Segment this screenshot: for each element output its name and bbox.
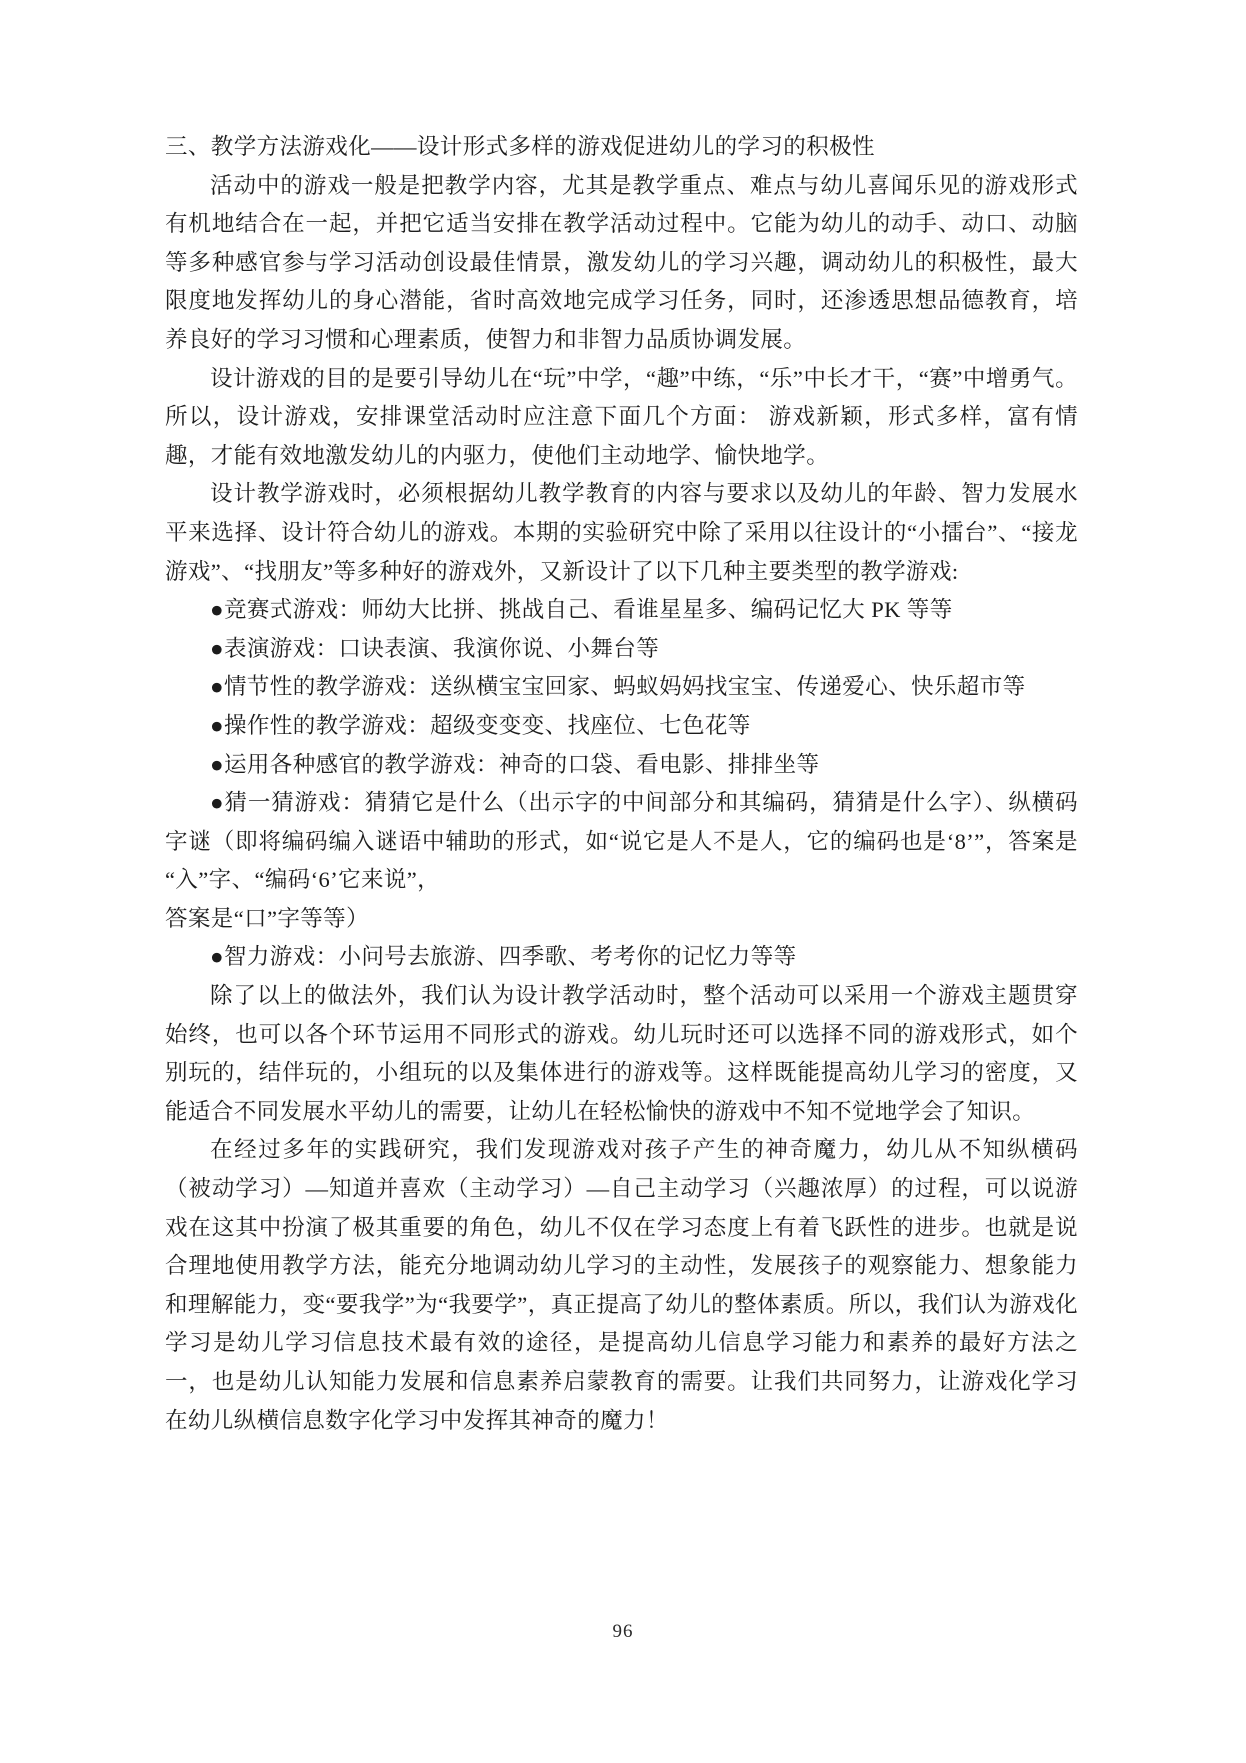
bullet-item: ●情节性的教学游戏：送纵横宝宝回家、蚂蚁妈妈找宝宝、传递爱心、快乐超市等	[165, 668, 1078, 707]
paragraph: 设计教学游戏时，必须根据幼儿教学教育的内容与要求以及幼儿的年龄、智力发展水平来选…	[165, 475, 1078, 591]
paragraph: 除了以上的做法外，我们认为设计教学活动时，整个活动可以采用一个游戏主题贯穿始终，…	[165, 977, 1078, 1131]
continuation-line: 答案是“口”字等等）	[165, 900, 1078, 939]
bullet-item: ●竞赛式游戏：师幼大比拼、挑战自己、看谁星星多、编码记忆大 PK 等等	[165, 591, 1078, 630]
paragraph: 在经过多年的实践研究，我们发现游戏对孩子产生的神奇魔力，幼儿从不知纵横码（被动学…	[165, 1131, 1078, 1440]
paragraph: 设计游戏的目的是要引导幼儿在“玩”中学，“趣”中练，“乐”中长才干，“赛”中增勇…	[165, 360, 1078, 476]
bullet-item: ●智力游戏：小问号去旅游、四季歌、考考你的记忆力等等	[165, 938, 1078, 977]
bullet-item: ●猜一猜游戏：猜猜它是什么（出示字的中间部分和其编码，猜猜是什么字）、纵横码字谜…	[165, 784, 1078, 900]
document-body: 三、教学方法游戏化——设计形式多样的游戏促进幼儿的学习的积极性 活动中的游戏一般…	[165, 128, 1078, 1440]
bullet-item: ●操作性的教学游戏：超级变变变、找座位、七色花等	[165, 707, 1078, 746]
bullet-item: ●运用各种感官的教学游戏：神奇的口袋、看电影、排排坐等	[165, 746, 1078, 785]
page-number: 96	[0, 1620, 1246, 1644]
bullet-item: ●表演游戏：口诀表演、我演你说、小舞台等	[165, 630, 1078, 669]
paragraph: 活动中的游戏一般是把教学内容，尤其是教学重点、难点与幼儿喜闻乐见的游戏形式有机地…	[165, 167, 1078, 360]
section-heading: 三、教学方法游戏化——设计形式多样的游戏促进幼儿的学习的积极性	[165, 128, 1078, 167]
document-page: 三、教学方法游戏化——设计形式多样的游戏促进幼儿的学习的积极性 活动中的游戏一般…	[0, 0, 1246, 1763]
